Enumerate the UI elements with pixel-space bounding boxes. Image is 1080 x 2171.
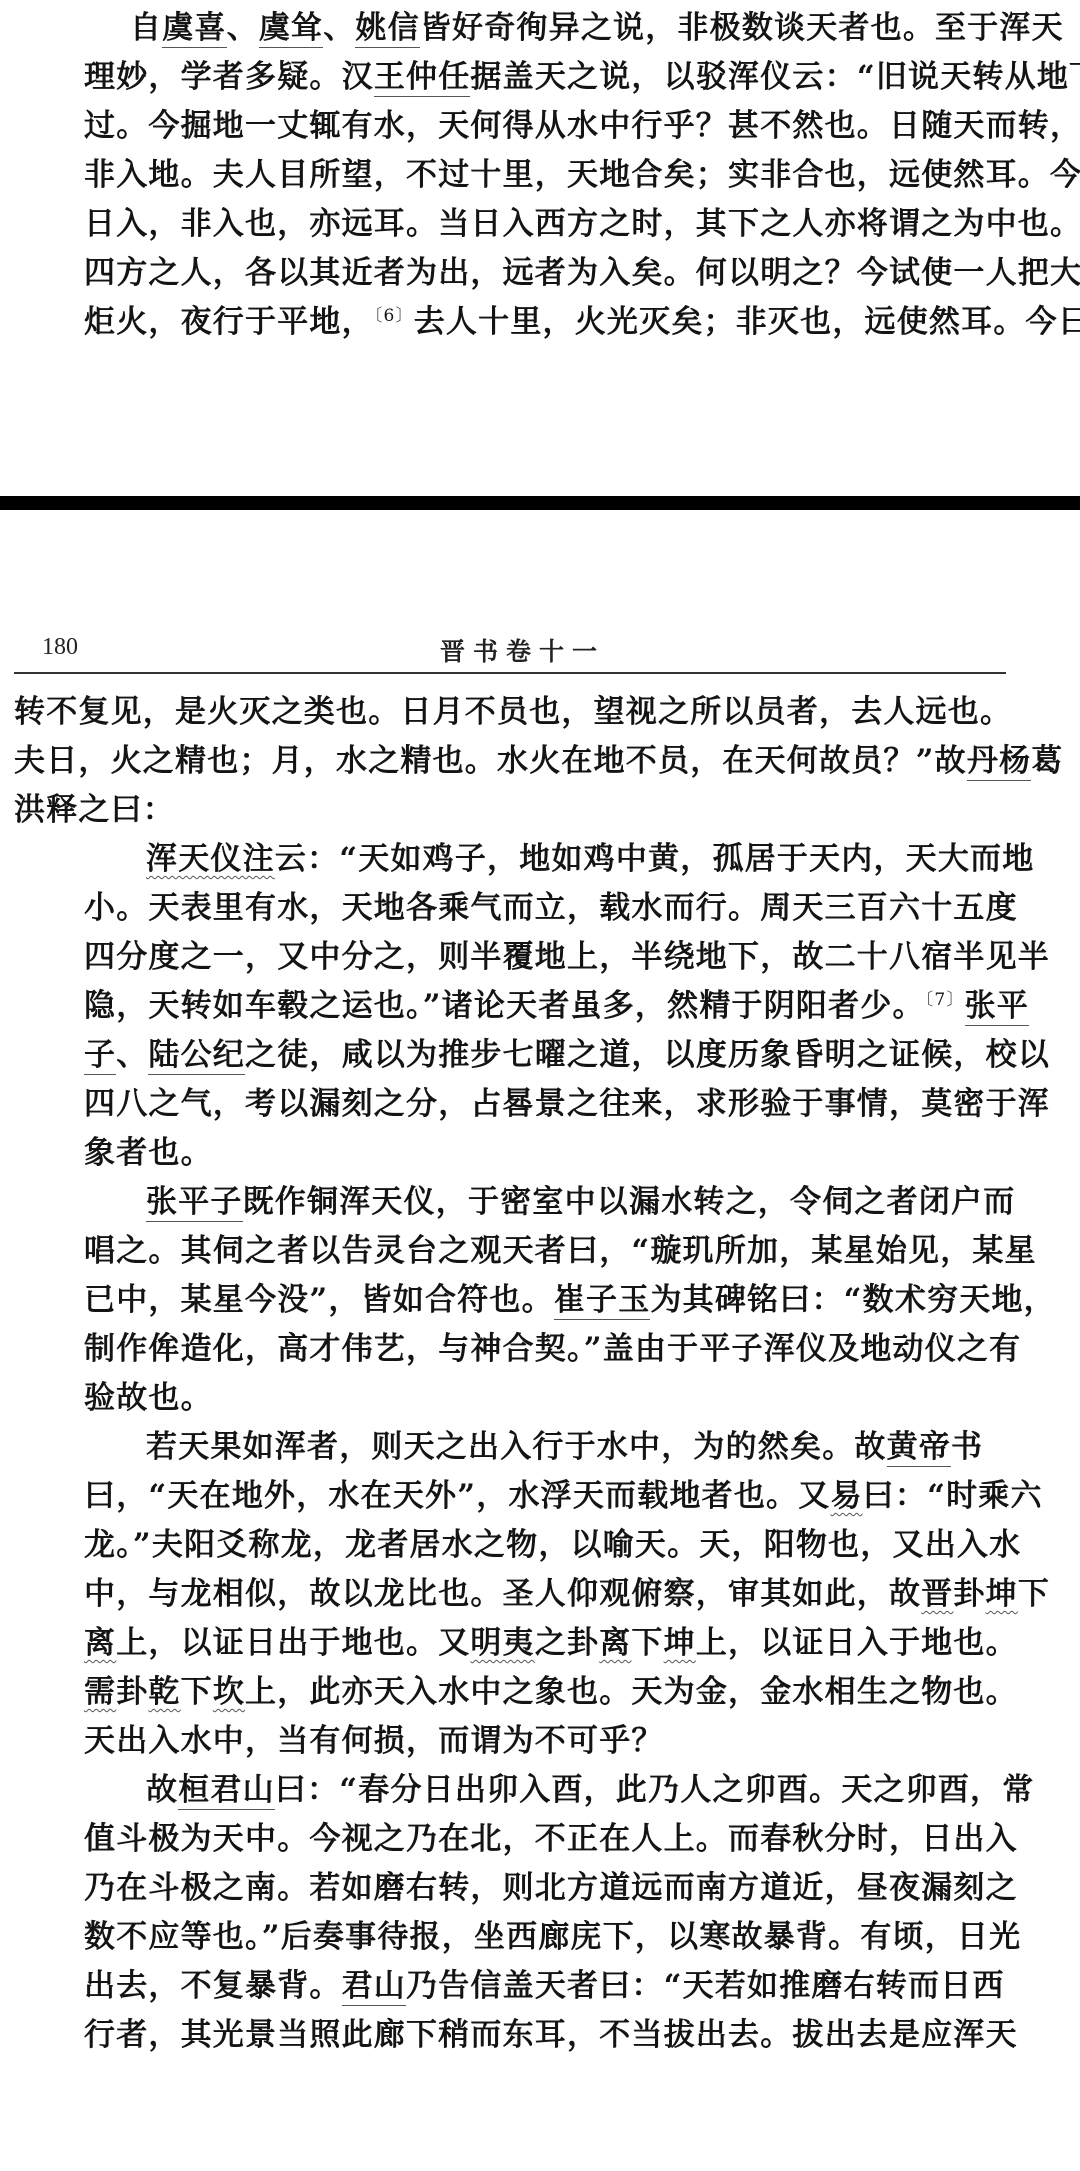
text-line: 验故也。 xyxy=(84,1378,213,1418)
text-run: 制作侔造化，高才伟艺，与神合契。”盖由于平子浑仪及地动仪之有 xyxy=(84,1331,1021,1367)
text-run: 验故也。 xyxy=(84,1380,213,1416)
text-run: 中，与龙相似，故以龙比也。圣人仰观俯察，审其如此，故 xyxy=(84,1576,921,1612)
book-title-wavy-underlined: 离 xyxy=(84,1625,116,1661)
text-line: 天出入水中，当有何损，而谓为不可乎？ xyxy=(84,1721,664,1761)
text-line: 隐，天转如车毂之运也。”诸论天者虽多，然精于阴阳者少。〔7〕张平 xyxy=(84,986,1029,1026)
text-run: 卦 xyxy=(953,1576,985,1612)
text-run: 天出入水中，当有何损，而谓为不可乎？ xyxy=(84,1723,664,1759)
text-line: 张平子既作铜浑天仪，于密室中以漏水转之，令伺之者闭户而 xyxy=(146,1182,1015,1222)
text-run: 、 xyxy=(116,1037,148,1073)
text-line: 出去，不复暴背。君山乃告信盖天者曰：“天若如推磨右转而日西 xyxy=(84,1966,1005,2006)
proper-name-underlined: 崔子玉 xyxy=(554,1282,651,1320)
text-run: 四分度之一，又中分之，则半覆地上，半绕地下，故二十八宿半见半 xyxy=(84,939,1050,975)
text-line: 四分度之一，又中分之，则半覆地上，半绕地下，故二十八宿半见半 xyxy=(84,937,1050,977)
proper-name-underlined: 张平 xyxy=(965,988,1029,1026)
text-line: 制作侔造化，高才伟艺，与神合契。”盖由于平子浑仪及地动仪之有 xyxy=(84,1329,1021,1369)
proper-name-underlined: 桓君山 xyxy=(178,1772,275,1810)
text-run: 龙。”夫阳爻称龙，龙者居水之物，以喻天。天，阳物也，又出入水 xyxy=(84,1527,1021,1563)
book-title-wavy-underlined: 坤 xyxy=(664,1625,696,1661)
text-line: 夫日，火之精也；月，水之精也。水火在地不员，在天何故员？”故丹杨葛 xyxy=(14,741,1063,781)
text-run: 隐，天转如车毂之运也。”诸论天者虽多，然精于阴阳者少。 xyxy=(84,988,925,1024)
text-run: 下 xyxy=(1018,1576,1050,1612)
text-line: 行者，其光景当照此廊下稍而东耳，不当拔出去。拔出去是应浑天 xyxy=(84,2015,1018,2055)
text-line: 象者也。 xyxy=(84,1133,213,1173)
text-run: 卦 xyxy=(116,1674,148,1710)
text-line: 需卦乾下坎上，此亦天入水中之象也。天为金，金水相生之物也。 xyxy=(84,1672,1018,1712)
text-run: 象者也。 xyxy=(84,1135,213,1171)
text-run: 四八之气，考以漏刻之分，占晷景之往来，求形验于事情，莫密于浑 xyxy=(84,1086,1050,1122)
text-run: 葛 xyxy=(1031,743,1063,779)
text-line: 子、陆公纪之徒，咸以为推步七曜之道，以度历象昏明之证候，校以 xyxy=(84,1035,1050,1075)
bottom-page: 180 晋书卷十一 转不复见，是火灭之类也。日月不员也，望视之所以员者，去人远也… xyxy=(0,0,1080,2171)
text-run: 乃在斗极之南。若如磨右转，则北方道远而南方道近，昼夜漏刻之 xyxy=(84,1870,1018,1906)
text-run: 故 xyxy=(146,1772,178,1808)
text-run: 值斗极为天中。今视之乃在北，不正在人上。而春秋分时，日出入 xyxy=(84,1821,1018,1857)
text-run: 云：“天如鸡子，地如鸡中黄，孤居于天内，天大而地 xyxy=(275,841,1035,877)
text-line: 四八之气，考以漏刻之分，占晷景之往来，求形验于事情，莫密于浑 xyxy=(84,1084,1050,1124)
text-line: 龙。”夫阳爻称龙，龙者居水之物，以喻天。天，阳物也，又出入水 xyxy=(84,1525,1021,1565)
text-run: 之卦 xyxy=(535,1625,599,1661)
book-title-wavy-underlined: 晋 xyxy=(921,1576,953,1612)
text-run: 小。天表里有水，天地各乘气而立，载水而行。周天三百六十五度 xyxy=(84,890,1018,926)
text-run: 书 xyxy=(951,1429,983,1465)
book-title-wavy-underlined: 易 xyxy=(830,1478,862,1514)
text-line: 值斗极为天中。今视之乃在北，不正在人上。而春秋分时，日出入 xyxy=(84,1819,1018,1859)
text-run: 为其碑铭曰：“数术穷天地， xyxy=(650,1282,1055,1318)
text-line: 若天果如浑者，则天之出入行于水中，为的然矣。故黄帝书 xyxy=(146,1427,983,1467)
book-title-wavy-underlined: 浑天仪注 xyxy=(146,841,275,877)
book-title-wavy-underlined: 需 xyxy=(84,1674,116,1710)
text-run: 曰：“春分日出卯入酉，此乃人之卯酉。天之卯酉，常 xyxy=(275,1772,1035,1808)
text-line: 曰，“天在地外，水在天外”，水浮天而载地者也。又易曰：“时乘六 xyxy=(84,1476,1043,1516)
text-run: 夫日，火之精也；月，水之精也。水火在地不员，在天何故员？”故 xyxy=(14,743,967,779)
text-line: 洪释之曰： xyxy=(14,790,175,830)
text-run: 之徒，咸以为推步七曜之道，以度历象昏明之证候，校以 xyxy=(245,1037,1050,1073)
text-run: 唱之。其伺之者以告灵台之观天者曰，“璇玑所加，某星始见，某星 xyxy=(84,1233,1037,1269)
proper-name-underlined: 黄帝 xyxy=(887,1429,951,1467)
proper-name-underlined: 君山 xyxy=(342,1968,406,2006)
text-line: 已中，某星今没”，皆如合符也。崔子玉为其碑铭曰：“数术穷天地， xyxy=(84,1280,1056,1320)
footnote-marker: 〔7〕 xyxy=(925,990,965,1010)
book-title-wavy-underlined: 明夷 xyxy=(470,1625,534,1661)
text-line: 转不复见，是火灭之类也。日月不员也，望视之所以员者，去人远也。 xyxy=(14,692,1012,732)
text-line: 数不应等也。”后奏事待报，坐西廊庑下，以寒故暴背。有顷，日光 xyxy=(84,1917,1021,1957)
text-run: 洪释之曰： xyxy=(14,792,175,828)
text-line: 故桓君山曰：“春分日出卯入酉，此乃人之卯酉。天之卯酉，常 xyxy=(146,1770,1034,1810)
text-run: 既作铜浑天仪，于密室中以漏水转之，令伺之者闭户而 xyxy=(243,1184,1016,1220)
text-run: 上，以证日出于地也。又 xyxy=(116,1625,470,1661)
text-run: 数不应等也。”后奏事待报，坐西廊庑下，以寒故暴背。有顷，日光 xyxy=(84,1919,1021,1955)
book-title-wavy-underlined: 乾 xyxy=(148,1674,180,1710)
proper-name-underlined: 张平子 xyxy=(146,1184,243,1222)
text-run: 若天果如浑者，则天之出入行于水中，为的然矣。故 xyxy=(146,1429,887,1465)
proper-name-underlined: 陆公纪 xyxy=(148,1037,245,1075)
text-run: 上，以证日入于地也。 xyxy=(696,1625,1018,1661)
text-run: 曰，“天在地外，水在天外”，水浮天而载地者也。又 xyxy=(84,1478,830,1514)
book-title-wavy-underlined: 坎 xyxy=(213,1674,245,1710)
text-run: 转不复见，是火灭之类也。日月不员也，望视之所以员者，去人远也。 xyxy=(14,694,1012,730)
text-line: 离上，以证日出于地也。又明夷之卦离下坤上，以证日入于地也。 xyxy=(84,1623,1018,1663)
book-title-wavy-underlined: 离 xyxy=(599,1625,631,1661)
book-title-wavy-underlined: 坤 xyxy=(986,1576,1018,1612)
text-line: 唱之。其伺之者以告灵台之观天者曰，“璇玑所加，某星始见，某星 xyxy=(84,1231,1037,1271)
text-run: 曰：“时乘六 xyxy=(863,1478,1043,1514)
header-rule xyxy=(14,672,1006,674)
text-line: 乃在斗极之南。若如磨右转，则北方道远而南方道近，昼夜漏刻之 xyxy=(84,1868,1018,1908)
text-run: 行者，其光景当照此廊下稍而东耳，不当拔出去。拔出去是应浑天 xyxy=(84,2017,1018,2053)
text-run: 下 xyxy=(181,1674,213,1710)
running-title: 晋书卷十一 xyxy=(440,632,605,668)
page-number: 180 xyxy=(42,634,78,661)
text-run: 已中，某星今没”，皆如合符也。 xyxy=(84,1282,554,1318)
text-run: 下 xyxy=(631,1625,663,1661)
text-line: 浑天仪注云：“天如鸡子，地如鸡中黄，孤居于天内，天大而地 xyxy=(146,839,1034,879)
text-line: 小。天表里有水，天地各乘气而立，载水而行。周天三百六十五度 xyxy=(84,888,1018,928)
text-run: 乃告信盖天者曰：“天若如推磨右转而日西 xyxy=(406,1968,1005,2004)
text-run: 上，此亦天入水中之象也。天为金，金水相生之物也。 xyxy=(245,1674,1018,1710)
text-run: 出去，不复暴背。 xyxy=(84,1968,342,2004)
text-line: 中，与龙相似，故以龙比也。圣人仰观俯察，审其如此，故晋卦坤下 xyxy=(84,1574,1050,1614)
proper-name-underlined: 子 xyxy=(84,1037,116,1075)
proper-name-underlined: 丹杨 xyxy=(967,743,1031,781)
